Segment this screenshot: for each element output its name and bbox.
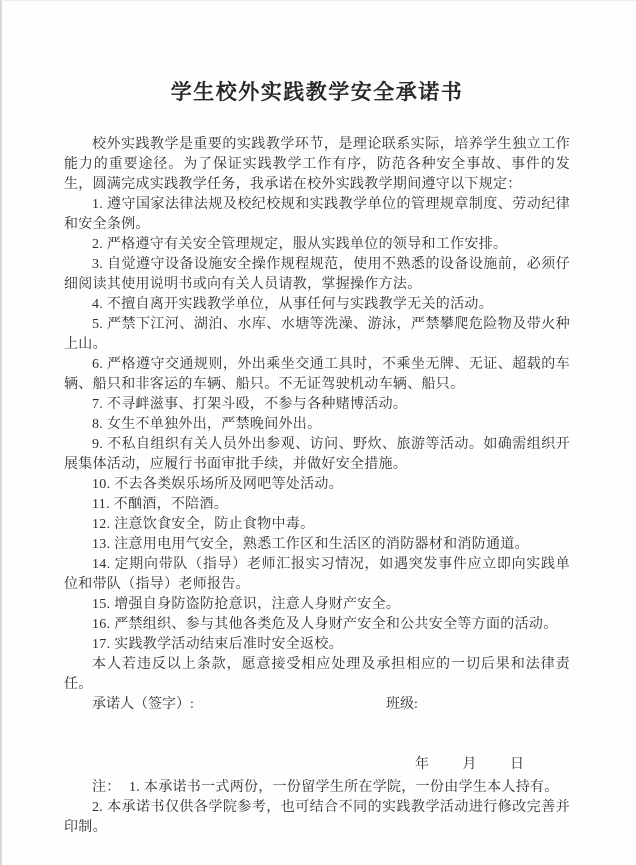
rule-item-12: 12. 注意饮食安全，防止食物中毒。 <box>64 515 570 535</box>
rule-item-1: 1. 遵守国家法律法规及校纪校规和实践教学单位的管理规章制度、劳动纪律和安全条例… <box>64 195 570 235</box>
intro-paragraph: 校外实践教学是重要的实践教学环节，是理论联系实际，培养学生独立工作能力的重要途径… <box>64 135 570 195</box>
rule-item-6: 6. 严格遵守交通规则，外出乘坐交通工具时，不乘坐无牌、无证、超载的车辆、船只和… <box>64 355 570 395</box>
rule-item-7: 7. 不寻衅滋事、打架斗殴，不参与各种赌博活动。 <box>64 395 570 415</box>
document-page: 学生校外实践教学安全承诺书 校外实践教学是重要的实践教学环节，是理论联系实际，培… <box>0 0 636 865</box>
rule-item-3: 3. 自觉遵守设备设施安全操作规程规范，使用不熟悉的设备设施前，必须仔细阅读其使… <box>64 255 570 295</box>
date-row: 年 月 日 <box>64 755 570 775</box>
rule-item-8: 8. 女生不单独外出，严禁晚间外出。 <box>64 415 570 435</box>
signature-row: 承诺人（签字）: 班级: <box>64 695 570 715</box>
liability-statement: 本人若违反以上条款，愿意接受相应处理及承担相应的一切后果和法律责任。 <box>64 655 570 695</box>
rule-item-9: 9. 不私自组织有关人员外出参观、访问、野炊、旅游等活动。如确需组织开展集体活动… <box>64 435 570 475</box>
class-label: 班级: <box>386 695 418 715</box>
note-item-2: 2. 本承诺书仅供各学院参考，也可结合不同的实践教学活动进行修改完善并印制。 <box>64 798 570 838</box>
note-item-1-text: 1. 本承诺书一式两份，一份留学生所在学院，一份由学生本人持有。 <box>129 780 559 795</box>
date-month-label: 月 <box>463 755 477 775</box>
rule-item-4: 4. 不擅自离开实践教学单位，从事任何与实践教学无关的活动。 <box>64 295 570 315</box>
note-prefix-label: 注： <box>92 780 121 795</box>
rule-item-15: 15. 增强自身防盗防抢意识，注意人身财产安全。 <box>64 595 570 615</box>
note-item-1: 注：1. 本承诺书一式两份，一份留学生所在学院，一份由学生本人持有。 <box>64 778 570 798</box>
rule-item-16: 16. 严禁组织、参与其他各类危及人身财产安全和公共安全等方面的活动。 <box>64 615 570 635</box>
rule-item-10: 10. 不去各类娱乐场所及网吧等处活动。 <box>64 475 570 495</box>
rule-item-14: 14. 定期向带队（指导）老师汇报实习情况，如遇突发事件应立即向实践单位和带队（… <box>64 555 570 595</box>
date-day-label: 日 <box>510 755 524 775</box>
rule-item-17: 17. 实践教学活动结束后准时安全返校。 <box>64 635 570 655</box>
rule-item-11: 11. 不酗酒，不陪酒。 <box>64 495 570 515</box>
promisor-signature-label: 承诺人（签字）: <box>92 697 194 712</box>
rule-item-13: 13. 注意用电用气安全，熟悉工作区和生活区的消防器材和消防通道。 <box>64 535 570 555</box>
rule-item-5: 5. 严禁下江河、湖泊、水库、水塘等洗澡、游泳，严禁攀爬危险物及带火种上山。 <box>64 315 570 355</box>
page-title: 学生校外实践教学安全承诺书 <box>64 77 570 107</box>
date-year-label: 年 <box>415 755 429 775</box>
rule-item-2: 2. 严格遵守有关安全管理规定，服从实践单位的领导和工作安排。 <box>64 235 570 255</box>
